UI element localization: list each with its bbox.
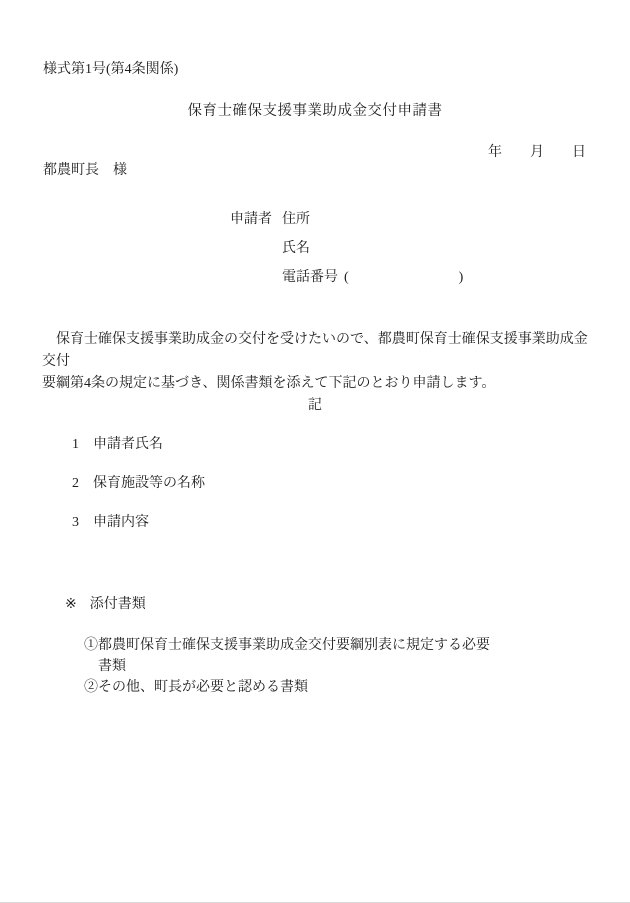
- item-label: 申請者氏名: [93, 435, 163, 455]
- applicant-phone-label: 電話番号: [282, 270, 338, 285]
- applicant-fields: 住所 氏名 電話番号(): [282, 210, 463, 288]
- attachments-label: 添付書類: [90, 595, 146, 615]
- attachments-marker: ※: [65, 595, 77, 615]
- applicant-address-label: 住所: [282, 210, 463, 230]
- item-number: 3: [72, 513, 93, 533]
- attachment-note-1-line-2: 書類: [98, 656, 490, 677]
- attachments-header: ※ 添付書類: [65, 595, 146, 615]
- document-page: 様式第1号(第4条関係) 保育士確保支援事業助成金交付申請書 年 月 日 都農町…: [0, 0, 630, 903]
- item-number: 1: [72, 435, 93, 455]
- record-heading: 記: [0, 396, 630, 416]
- list-item: 1 申請者氏名: [72, 435, 205, 455]
- phone-blank-space: [349, 280, 459, 281]
- applicant-block: 申請者 住所 氏名 電話番号(): [230, 210, 463, 288]
- form-number: 様式第1号(第4条関係): [43, 60, 178, 80]
- body-paragraph-line-1: 保育士確保支援事業助成金の交付を受けたいので、都農町保育士確保支援事業助成金交付: [42, 329, 594, 373]
- attachment-note-1-line-1: ①都農町保育士確保支援事業助成金交付要綱別表に規定する必要: [84, 635, 490, 656]
- attachments-notes: ①都農町保育士確保支援事業助成金交付要綱別表に規定する必要 書類 ②その他、町長…: [84, 635, 490, 698]
- item-label: 申請内容: [93, 513, 149, 533]
- date-line: 年 月 日: [488, 143, 586, 163]
- item-number: 2: [72, 474, 93, 494]
- phone-open-paren: (: [344, 270, 349, 285]
- list-item: 2 保育施設等の名称: [72, 474, 205, 494]
- attachment-note-2: ②その他、町長が必要と認める書類: [84, 677, 490, 698]
- list-item: 3 申請内容: [72, 513, 205, 533]
- addressee-line: 都農町長 様: [43, 161, 127, 181]
- phone-close-paren: ): [459, 270, 464, 285]
- applicant-label: 申請者: [230, 210, 272, 230]
- numbered-items-list: 1 申請者氏名 2 保育施設等の名称 3 申請内容: [72, 435, 205, 552]
- document-title: 保育士確保支援事業助成金交付申請書: [0, 101, 630, 121]
- applicant-phone-row: 電話番号(): [282, 268, 463, 288]
- body-paragraph: 保育士確保支援事業助成金の交付を受けたいので、都農町保育士確保支援事業助成金交付…: [42, 329, 594, 395]
- applicant-name-label: 氏名: [282, 239, 463, 259]
- body-paragraph-line-2: 要綱第4条の規定に基づき、関係書類を添えて下記のとおり申請します。: [42, 373, 594, 395]
- item-label: 保育施設等の名称: [93, 474, 205, 494]
